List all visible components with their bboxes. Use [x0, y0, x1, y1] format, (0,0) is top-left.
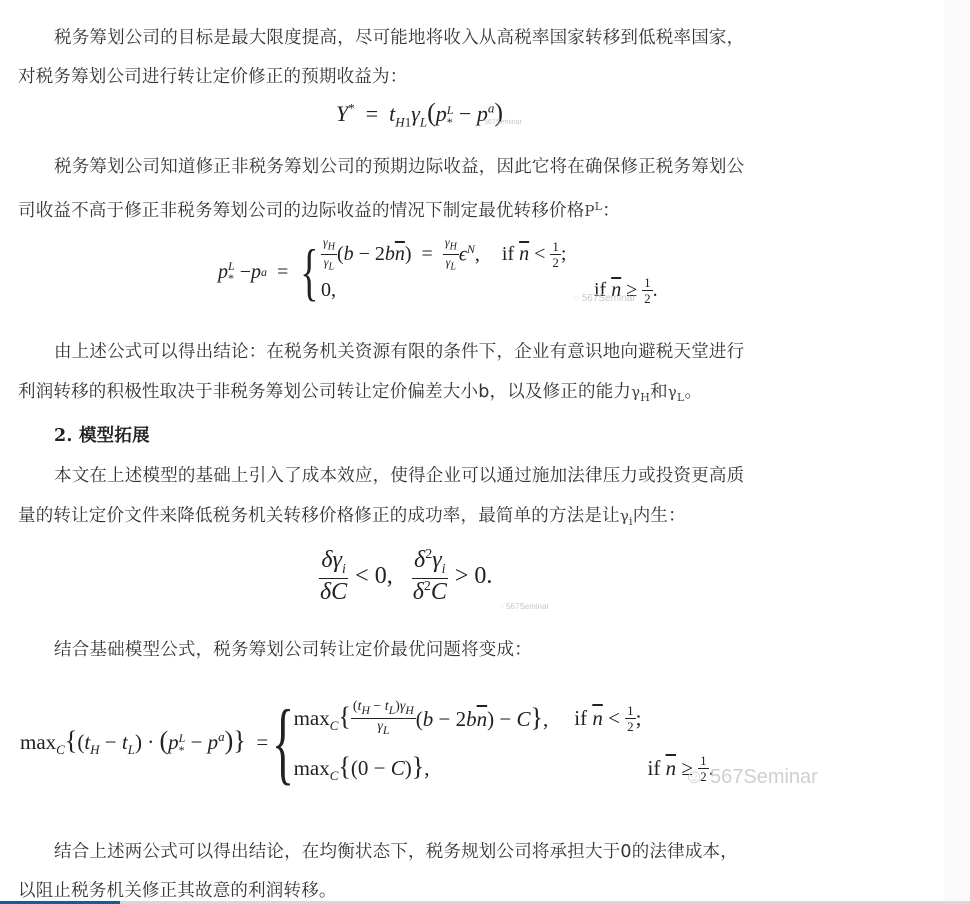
equation-optimization-problem: maxC{(tH − tL) · (pL* − pa)} = { maxC{ (…	[20, 688, 794, 796]
and-text: 和	[650, 382, 668, 402]
paragraph-3-line-1: 由上述公式可以得出结论：在税务机关资源有限的条件下，企业有意识地向避税天堂进行	[18, 331, 954, 373]
equation-cost-derivatives: δγiδC < 0, δ2γiδ2C > 0.	[318, 542, 492, 610]
paragraph-4-line-1: 本文在上述模型的基础上引入了成本效应，使得企业可以通过施加法律压力或投资更高质	[18, 455, 954, 497]
equation-expected-revenue: Y* = tH1γL(pL* − pa)	[336, 98, 503, 130]
paragraph-1-line-2: 对税务筹划公司进行转让定价修正的预期收益为：	[18, 56, 918, 98]
section-heading-model-extension: 2. 模型拓展	[18, 415, 954, 457]
paragraph-5-line-1: 结合基础模型公式，税务筹划公司转让定价最优问题将变成：	[18, 629, 954, 671]
heading-text: 模型拓展	[79, 426, 150, 446]
symbol-gamma-h: γH	[631, 383, 650, 401]
paragraph-4-text: 量的转让定价文件来降低税务机关转移价格修正的成功率，最简单的方法是让	[18, 506, 620, 526]
paragraph-2-colon: ：	[602, 201, 620, 221]
equation-optimal-transfer-price: pL* − pa = { γHγL (b − 2bn) = γHγL ϵN, i…	[218, 232, 731, 312]
paragraph-4-end: 内生：	[633, 506, 686, 526]
paragraph-1-line-1: 税务筹划公司的目标是最大限度提高，尽可能地将收入从高税率国家转移到低税率国家，	[18, 17, 954, 59]
article-body: 税务筹划公司的目标是最大限度提高，尽可能地将收入从高税率国家转移到低税率国家， …	[0, 0, 944, 900]
paragraph-6-line-1: 结合上述两公式可以得出结论，在均衡状态下，税务规划公司将承担大于0的法律成本，	[18, 831, 954, 873]
paragraph-2-text: 司收益不高于修正非税务筹划公司的边际收益的情况下制定最优转移价格	[18, 201, 584, 221]
symbol-gamma-l: γL	[668, 383, 685, 401]
watermark-567seminar: ◌ 567Seminar	[499, 602, 549, 611]
paragraph-4-line-2: 量的转让定价文件来降低税务机关转移价格修正的成功率，最简单的方法是让γi内生：	[18, 495, 918, 543]
symbol-gamma-i: γi	[620, 507, 633, 525]
paragraph-3-line-2: 利润转移的积极性取决于非税务筹划公司转让定价偏差大小b，以及修正的能力γH和γL…	[18, 371, 918, 419]
paragraph-3-text: 利润转移的积极性取决于非税务筹划公司转让定价偏差大小b，以及修正的能力	[18, 382, 631, 402]
paragraph-2-line-2: 司收益不高于修正非税务筹划公司的边际收益的情况下制定最优转移价格PL：	[18, 186, 918, 232]
paragraph-6-line-2: 以阻止税务机关修正其故意的利润转移。	[18, 870, 918, 904]
symbol-p-l: PL	[584, 202, 602, 220]
heading-number: 2.	[54, 426, 73, 446]
period: 。	[684, 382, 702, 402]
vertical-scrollbar[interactable]	[944, 0, 970, 904]
paragraph-2-line-1: 税务筹划公司知道修正非税务筹划公司的预期边际收益，因此它将在确保修正税务筹划公	[18, 146, 954, 188]
